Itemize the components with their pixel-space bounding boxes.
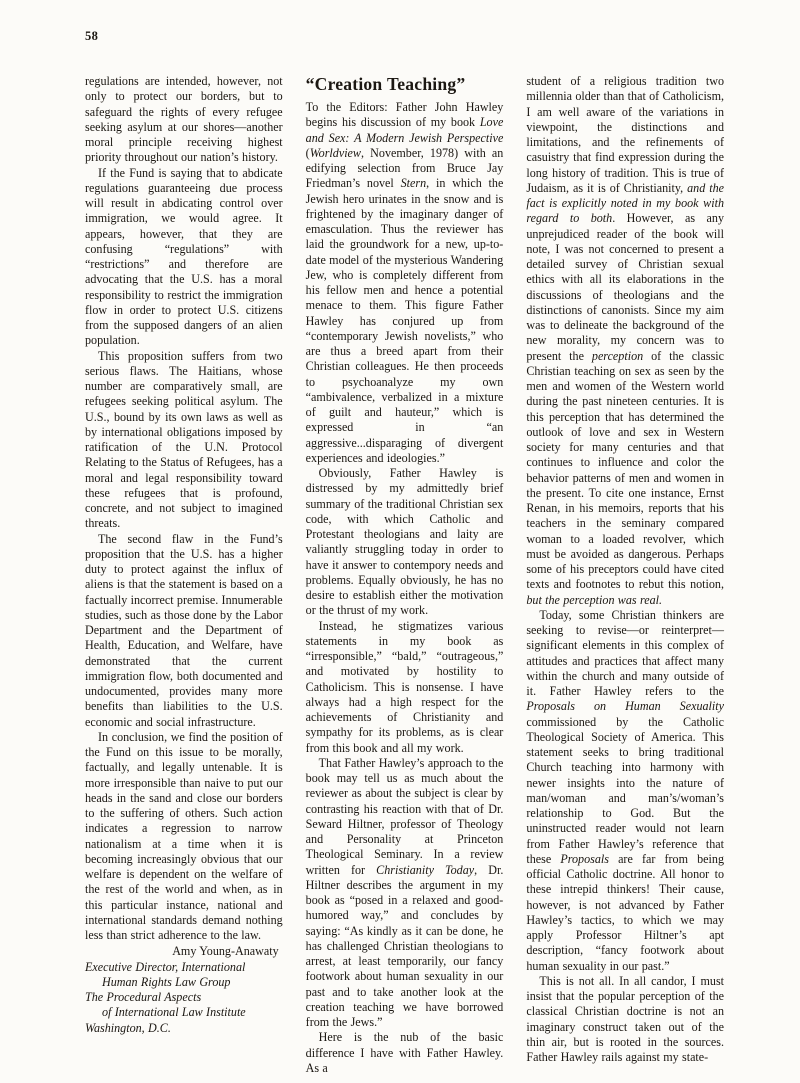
paragraph-col2-3: Instead, he stigmatizes various statemen… (306, 619, 504, 756)
page-number: 58 (85, 29, 98, 44)
text-columns: regulations are intended, however, not o… (85, 74, 724, 1076)
paragraph-col3-1: student of a religious tradition two mil… (526, 74, 724, 608)
magazine-page: 58 regulations are intended, however, no… (0, 0, 800, 1083)
signature-name: Amy Young-Anawaty (85, 944, 283, 959)
signature-title-line: Executive Director, International (85, 960, 283, 975)
signature-title-line: Human Rights Law Group (85, 975, 283, 990)
signature-title-line: The Procedural Aspects (85, 990, 283, 1005)
paragraph-col2-2: Obviously, Father Hawley is distressed b… (306, 466, 504, 619)
paragraph-col1-3: This proposition suffers from two seriou… (85, 349, 283, 532)
paragraph-col1-2: If the Fund is saying that to abdicate r… (85, 166, 283, 349)
paragraph-col1-5: In conclusion, we find the position of t… (85, 730, 283, 944)
paragraph-col2-4: That Father Hawley’s approach to the boo… (306, 756, 504, 1031)
signature-location: Washington, D.C. (85, 1021, 283, 1036)
paragraph-col1-1: regulations are intended, however, not o… (85, 74, 283, 166)
paragraph-col3-2: Today, some Christian thinkers are seeki… (526, 608, 724, 974)
column-1: regulations are intended, however, not o… (85, 74, 283, 1036)
signature-block: Amy Young-Anawaty Executive Director, In… (85, 944, 283, 1036)
paragraph-col3-3: This is not all. In all candor, I must i… (526, 974, 724, 1066)
column-3: student of a religious tradition two mil… (526, 74, 724, 1065)
paragraph-col2-1: To the Editors: Father John Hawley begin… (306, 100, 504, 466)
letter-title: “Creation Teaching” (306, 74, 504, 95)
paragraph-col1-4: The second flaw in the Fund’s propositio… (85, 532, 283, 730)
column-2: “Creation Teaching” To the Editors: Fath… (306, 74, 504, 1076)
signature-title-line: of International Law Institute (85, 1005, 283, 1020)
paragraph-col2-5: Here is the nub of the basic difference … (306, 1030, 504, 1076)
